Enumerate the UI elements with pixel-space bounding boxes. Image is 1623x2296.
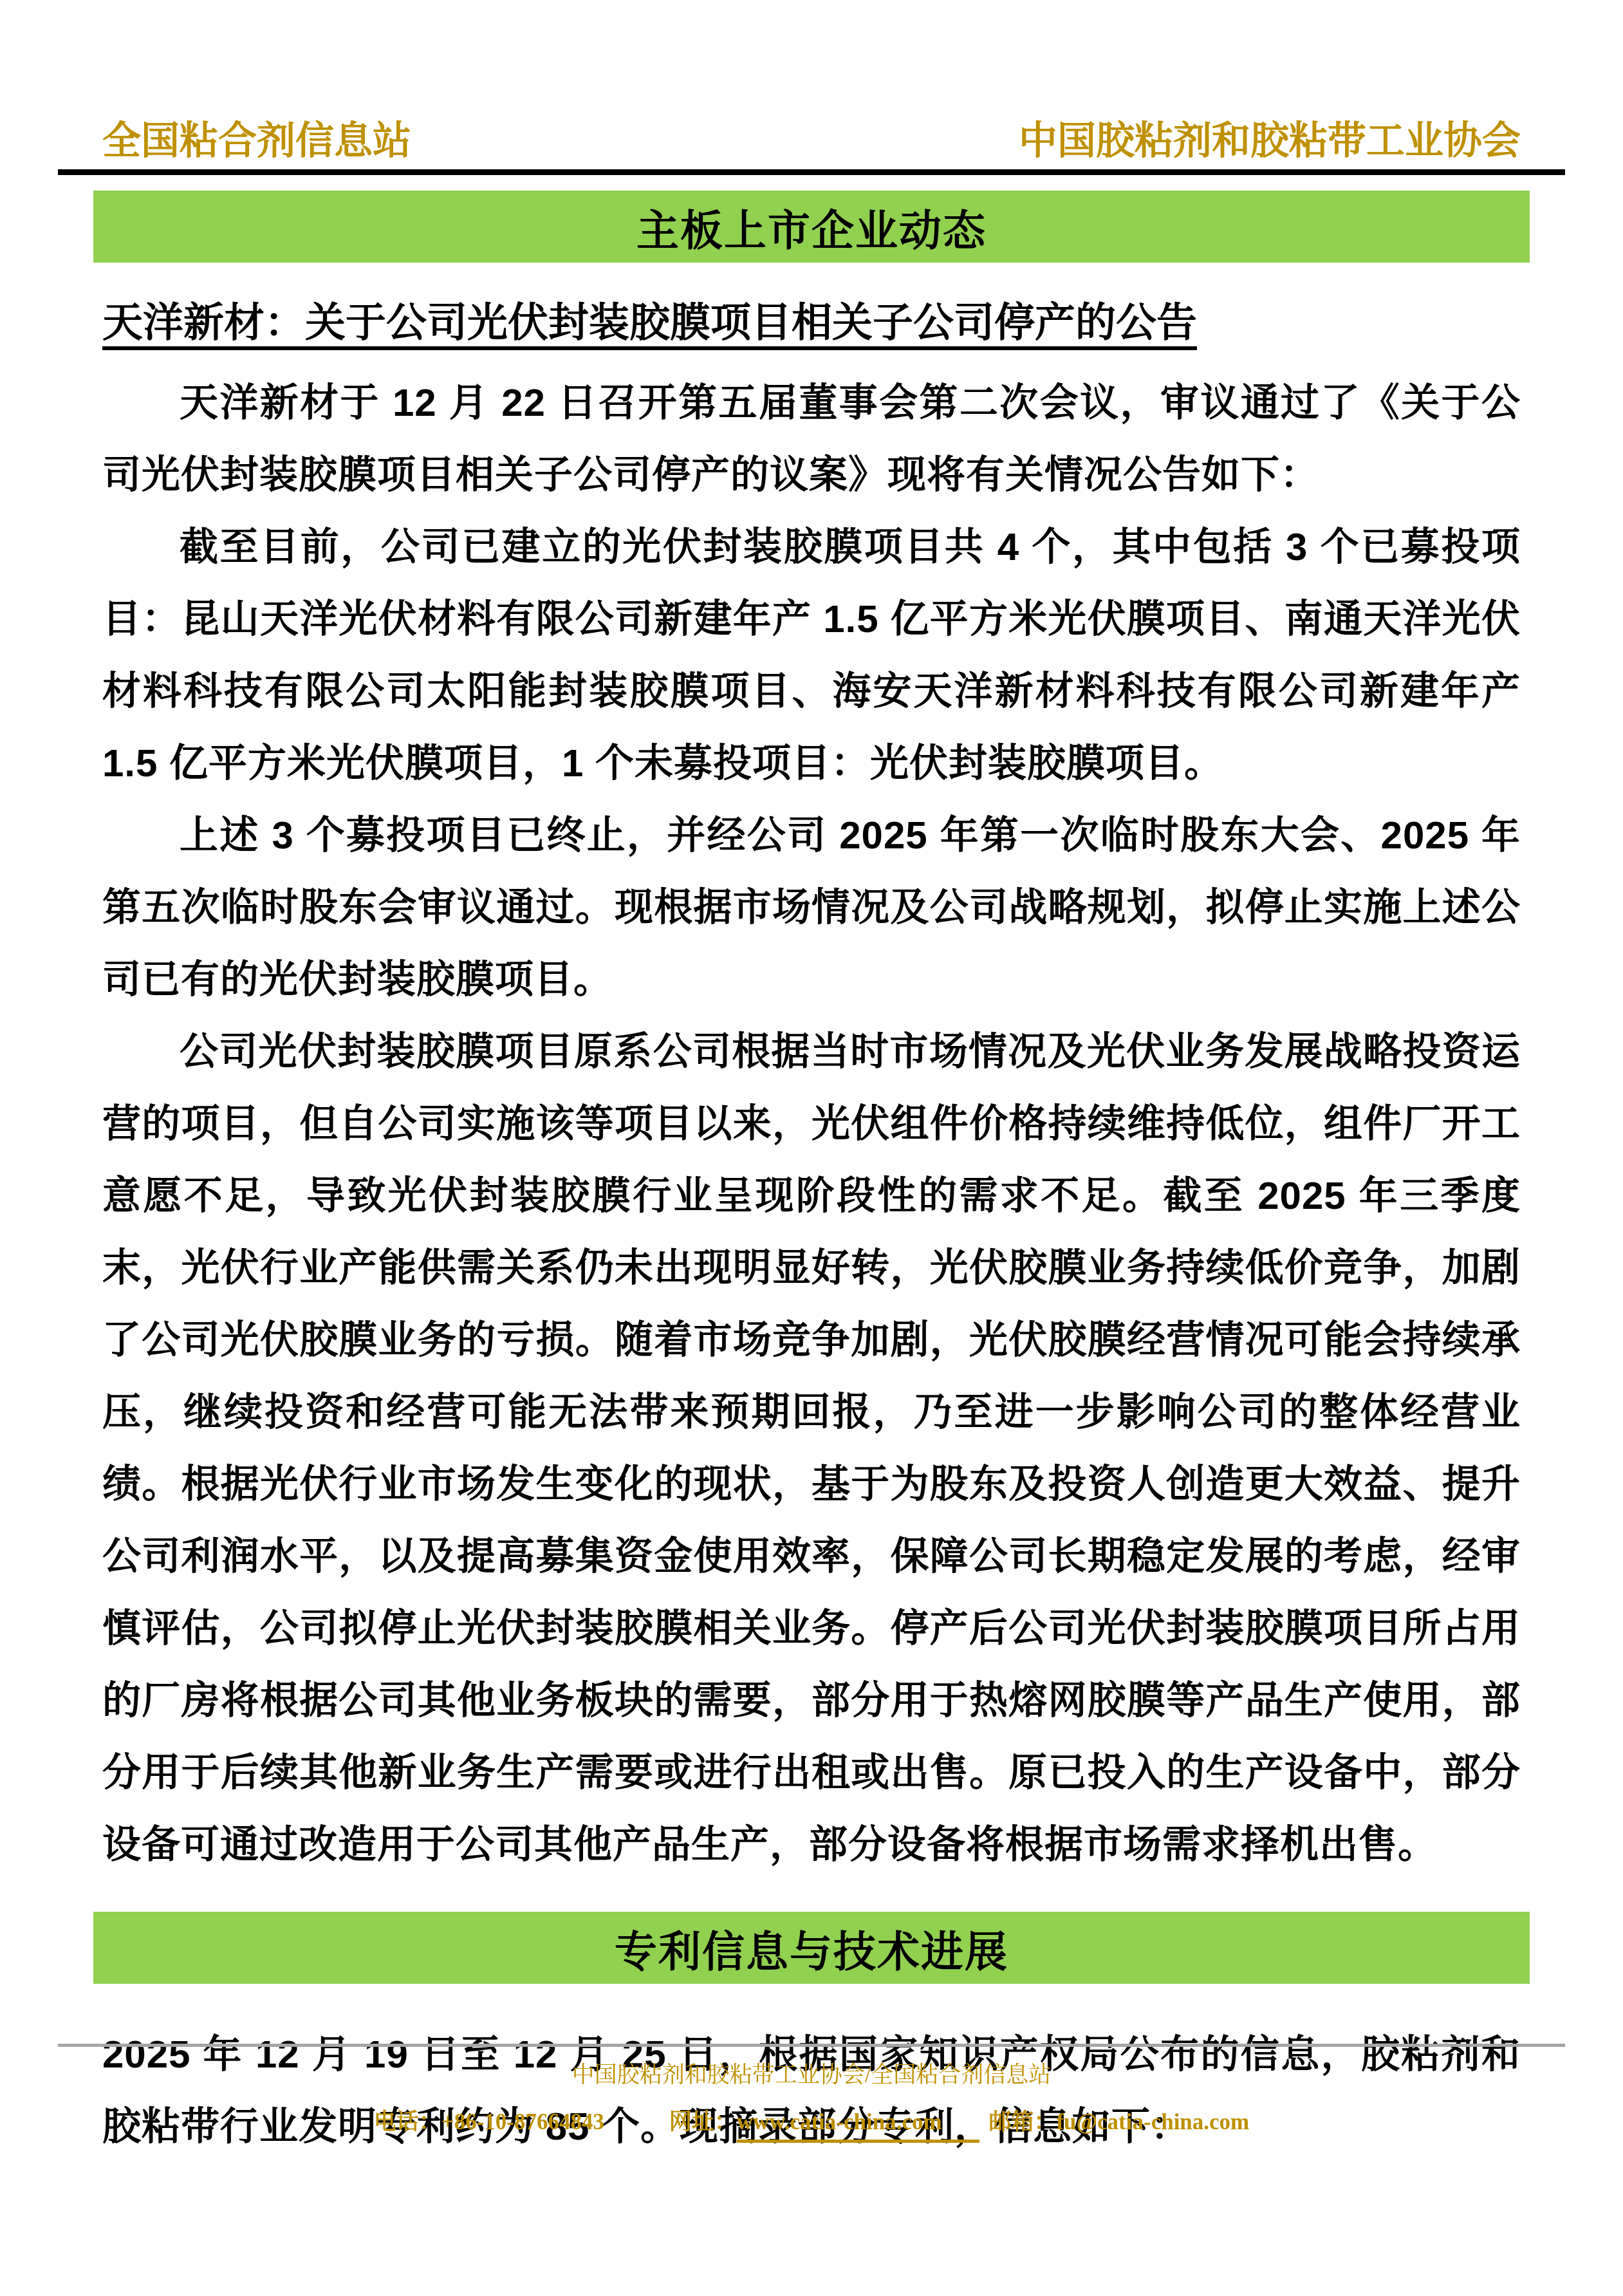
footer-phone-label: 电话： <box>374 2109 441 2134</box>
newsletter-page: 全国粘合剂信息站 中国胶粘剂和胶粘带工业协会 主板上市企业动态 天洋新材：关于公… <box>0 0 1623 2296</box>
footer-phone-group: 电话：+86-10-87664843 <box>374 2107 604 2137</box>
footer-divider <box>58 2044 1565 2047</box>
page-footer: 中国胶粘剂和胶粘带工业协会/全国粘合剂信息站 电话：+86-10-8766484… <box>0 2044 1623 2143</box>
footer-email-address: fu@catia-china.com <box>1056 2109 1249 2134</box>
footer-website-link[interactable]: www.catia-china.com <box>737 2107 979 2143</box>
footer-phone-number: +86-10-87664843 <box>441 2109 604 2134</box>
masthead-right-title: 中国胶粘剂和胶粘带工业协会 <box>1019 118 1521 164</box>
article-paragraph-3: 上述 3 个募投项目已终止，并经公司 2025 年第一次临时股东大会、2025 … <box>102 799 1521 1016</box>
article-paragraph-2: 截至目前，公司已建立的光伏封装胶膜项目共 4 个，其中包括 3 个已募投项目：昆… <box>102 511 1521 799</box>
article-title: 天洋新材：关于公司光伏封装胶膜项目相关子公司停产的公告 <box>102 295 1521 350</box>
footer-contacts: 电话：+86-10-87664843 网址：www.catia-china.co… <box>0 2107 1623 2143</box>
section-banner-listed-companies: 主板上市企业动态 <box>93 191 1530 263</box>
section-banner-listed-companies-label: 主板上市企业动态 <box>636 196 987 257</box>
footer-web-label: 网址： <box>669 2109 737 2134</box>
footer-org-line: 中国胶粘剂和胶粘带工业协会/全国粘合剂信息站 <box>0 2061 1623 2089</box>
masthead-left-title: 全国粘合剂信息站 <box>102 118 411 164</box>
section-banner-patents: 专利信息与技术进展 <box>93 1912 1530 1984</box>
footer-web-group: 网址：www.catia-china.com <box>669 2107 979 2143</box>
article-paragraph-4: 公司光伏封装胶膜项目原系公司根据当时市场情况及光伏业务发展战略投资运营的项目，但… <box>102 1016 1521 1881</box>
footer-email-label: 邮箱： <box>988 2109 1056 2134</box>
masthead: 全国粘合剂信息站 中国胶粘剂和胶粘带工业协会 <box>102 118 1521 164</box>
footer-email-group: 邮箱：fu@catia-china.com <box>988 2107 1249 2137</box>
section-banner-patents-label: 专利信息与技术进展 <box>615 1918 1008 1979</box>
article-paragraph-1: 天洋新材于 12 月 22 日召开第五届董事会第二次会议，审议通过了《关于公司光… <box>102 367 1521 511</box>
header-divider <box>58 169 1565 175</box>
